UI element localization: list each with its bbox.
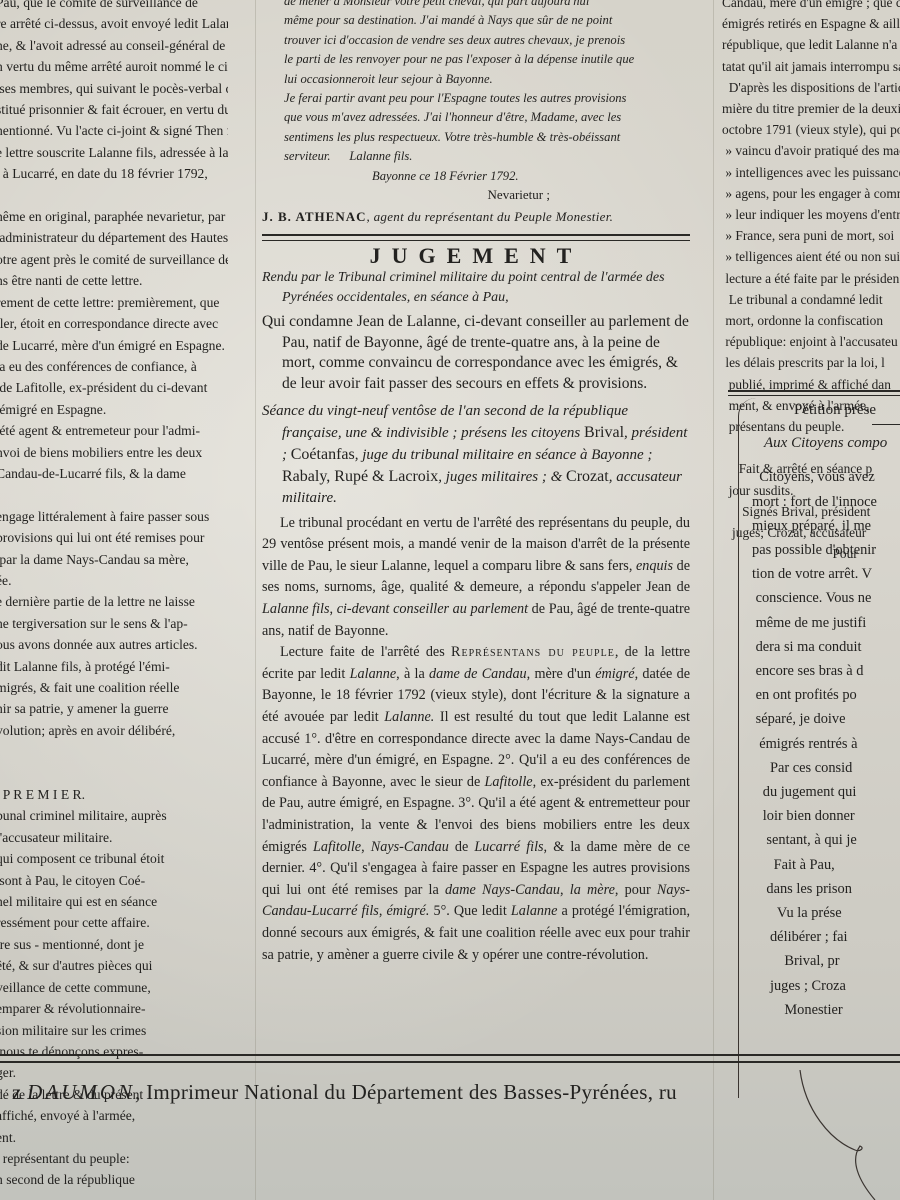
body-text: Lafitolle — [485, 774, 533, 790]
petition-line: séparé, je doive — [752, 707, 900, 731]
signature-name: J. B. ATHENAC — [262, 209, 367, 224]
agent-signature: J. B. ATHENAC, agent du représentant du … — [262, 206, 690, 228]
letter-line: le parti de les renvoyer pour ne pas l'e… — [284, 50, 690, 69]
left-column-line: l'accusateur militaire. — [0, 827, 228, 848]
petition-line: juges ; Croza — [752, 974, 900, 998]
left-column-line: émigré en Espagne. — [0, 399, 228, 420]
right-column-line: Le tribunal a condamné ledit — [722, 289, 900, 310]
imprint-prefix: z — [12, 1080, 27, 1104]
left-column-line: nvoi de biens mobiliers entre les deux — [0, 442, 228, 463]
left-column-line — [0, 484, 228, 505]
right-column-line: » agens, pour les engager à comme — [722, 183, 900, 204]
letter-line: Je ferai partir avant peu pour l'Espagne… — [284, 89, 690, 108]
body-text: dame de Candau — [429, 666, 527, 682]
body-paragraph-1: Le tribunal procédant en vertu de l'arrê… — [262, 513, 690, 643]
printer-name: DAUMON — [27, 1080, 135, 1104]
fold-line — [255, 0, 256, 1200]
right-column-line: octobre 1791 (vieux style), qui por — [722, 119, 900, 140]
right-column-line: » leur indiquer les moyens d'entr — [722, 204, 900, 225]
left-column-line: Pau, que le comité de surveillance de — [0, 0, 228, 13]
right-column-line: mort, ordonne la confiscation — [722, 310, 900, 331]
body-text: Lalanne fils — [262, 601, 330, 617]
letter-line: serviteur. Lalanne fils. — [284, 147, 690, 166]
left-column-line: tre sus - mentionné, dont je — [0, 934, 228, 955]
session-paragraph: Séance du vingt-neuf ventôse de l'an sec… — [262, 401, 690, 509]
session-text: , juges militaires ; & — [438, 469, 566, 485]
letter-excerpt: de mener à Monsieur votre petit cheval, … — [262, 0, 690, 167]
section-divider — [262, 234, 690, 241]
prosecutor-name: Crozat — [566, 468, 609, 485]
left-column-line: dit Lalanne fils, à protégé l'émi- — [0, 656, 228, 677]
left-column-line: ne tergiversation sur le sens & l'ap- — [0, 613, 228, 634]
body-paragraph-2: Lecture faite de l'arrêté des Représenta… — [262, 642, 690, 966]
petition-line: Monestier — [752, 998, 900, 1022]
petition-line: mieux préparé, il me — [752, 514, 900, 538]
left-column-line: Candau-de-Lucarré fils, & la dame — [0, 463, 228, 484]
body-text: , — [560, 882, 570, 898]
letter-line: de mener à Monsieur votre petit cheval, … — [284, 0, 690, 11]
left-column-line: ller, étoit en correspondance directe av… — [0, 313, 228, 334]
nevarietur-mark: Nevarietur ; — [262, 186, 690, 204]
left-column-line: , à Lucarré, en date du 18 février 1792, — [0, 163, 228, 184]
judgment-subtitle: Rendu par le Tribunal criminel militaire… — [262, 268, 690, 308]
section-divider — [728, 390, 900, 396]
petition-line: loir bien donner — [752, 804, 900, 828]
petition-heading: Pétition prése — [794, 398, 900, 422]
petition-line: Par ces consid — [752, 756, 900, 780]
left-column-line: sion militaire sur les crimes — [0, 1020, 228, 1041]
right-column-line: émigrés retirés en Espagne & ailleurs t — [722, 13, 900, 34]
petition-line: du jugement qui — [752, 780, 900, 804]
letter-line: que vous m'avez adressées. J'ai l'honneu… — [284, 108, 690, 127]
petition-line: délibérer ; fai — [752, 925, 900, 949]
left-column-line: otre agent près le comité de surveillanc… — [0, 249, 228, 270]
letter-line: lui occasionneroit leur sejour à Bayonne… — [284, 70, 690, 89]
left-column-line: ressément pour cette affaire. — [0, 912, 228, 933]
session-text: Séance du vingt-neuf ventôse de l'an sec… — [262, 403, 628, 441]
left-column-line — [0, 763, 228, 784]
left-column-line: administrateur du département des Hautes… — [0, 227, 228, 248]
left-column-line: n vertu du même arrêté auroit nommé le c… — [0, 56, 228, 77]
body-text: Lalanne — [350, 666, 397, 682]
left-column-line: de Lafitolle, ex-président du ci-devant — [0, 377, 228, 398]
petition-line: Vu la prése — [752, 901, 900, 925]
center-column: de mener à Monsieur votre petit cheval, … — [262, 0, 690, 966]
printer-imprint: z DAUMON, Imprimeur National du Départem… — [12, 1080, 900, 1105]
left-column-line: e lettre souscrite Lalanne fils, adressé… — [0, 142, 228, 163]
judge-name: Coétanfas — [291, 446, 355, 463]
left-column-line: nel militaire qui est en séance — [0, 891, 228, 912]
body-text: dame Nays-Candau — [445, 882, 560, 898]
right-column-line: » intelligences avec les puissances — [722, 162, 900, 183]
petition-line: conscience. Vous ne — [752, 586, 900, 610]
judge-name: Brival — [584, 424, 624, 441]
right-column-line: république, que ledit Lalanne n'a fourni — [722, 34, 900, 55]
judgment-summary: Qui condamne Jean de Lalanne, ci-devant … — [262, 312, 690, 394]
petition-section: Pétition prése Aux Citoyens compo Citoye… — [752, 398, 900, 1022]
body-text: émigré. — [386, 903, 429, 919]
body-text: émigré — [595, 666, 634, 682]
body-text: , — [361, 839, 371, 855]
session-text: , juge du tribunal militaire en séance à… — [355, 447, 653, 463]
right-column-line: les délais prescrits par la loi, l — [722, 352, 900, 373]
body-text: Lucarré fils — [474, 839, 543, 855]
petition-address: Aux Citoyens compo — [764, 431, 900, 455]
left-column-line: re arrêté ci-dessus, avoit envoyé ledit … — [0, 13, 228, 34]
right-column-line: Candau, mère d'un émigré ; que c'est l — [722, 0, 900, 13]
left-column-line: stitué prisonnier & fait écrouer, en ver… — [0, 99, 228, 120]
petition-line: encore ses bras à d — [752, 659, 900, 683]
right-column-line: mière du titre premier de la deuxième p — [722, 98, 900, 119]
body-text: ci-devant conseiller au parlement — [337, 601, 528, 617]
petition-line: mort : fort de l'innoce — [752, 490, 900, 514]
right-column-line: tatat qu'il ait jamais interrompu sa cor… — [722, 56, 900, 77]
petition-line: tion de votre arrêt. V — [752, 562, 900, 586]
left-column-line: engage littéralement à faire passer sous — [0, 506, 228, 527]
petition-line: en ont profités po — [752, 683, 900, 707]
body-text: Lalanne. — [384, 709, 434, 725]
petition-line: Brival, pr — [752, 949, 900, 973]
body-text: de — [449, 839, 475, 855]
petition-line: pas possible d'obtenir — [752, 538, 900, 562]
left-column-line: été agent & entremeteur pour l'admi- — [0, 420, 228, 441]
right-column-line: république: enjoint à l'accusateu — [722, 331, 900, 352]
body-text: Lecture faite de l'arrêté des — [280, 644, 451, 660]
letter-line: trouver ici d'occasion de vendre ses deu… — [284, 31, 690, 50]
petition-line: même de me justifi — [752, 611, 900, 635]
petition-line: dans les prison — [752, 877, 900, 901]
left-column-line: veillance de cette commune, — [0, 977, 228, 998]
petition-line: Fait à Pau, — [752, 853, 900, 877]
left-column-line: par la dame Nays-Candau sa mère, — [0, 549, 228, 570]
body-text: , pour — [615, 882, 657, 898]
petition-body: Citoyens, vous avezmort : fort de l'inno… — [752, 465, 900, 1022]
left-column-line: bunal criminel militaire, auprès — [0, 805, 228, 826]
left-column-line: êté, & sur d'autres pièces qui — [0, 955, 228, 976]
body-text: la mère — [570, 882, 615, 898]
left-column-line: ent. — [0, 1127, 228, 1148]
right-column-line: » France, sera puni de mort, soi — [722, 225, 900, 246]
body-text: 5°. Que ledit — [429, 903, 511, 919]
ink-stroke-mark — [780, 1070, 900, 1200]
right-column-line: D'après les dispositions de l'article — [722, 77, 900, 98]
judgment-body: Le tribunal procédant en vertu de l'arrê… — [262, 513, 690, 966]
left-column-line: qui composent ce tribunal étoit — [0, 848, 228, 869]
heading-rule — [872, 424, 900, 427]
imprint-text: , Imprimeur National du Département des … — [135, 1080, 677, 1104]
letter-line: sentimens les plus respectueux. Votre tr… — [284, 128, 690, 147]
left-column-line: , représentant du peuple: — [0, 1148, 228, 1169]
body-text: Nays-Candau — [371, 839, 449, 855]
left-column-line: ous avons donnée aux autres articles. — [0, 634, 228, 655]
left-column-line: rement de cette lettre: premièrement, qu… — [0, 292, 228, 313]
left-column-line: e dernière partie de la lettre ne laisse — [0, 591, 228, 612]
left-column-line: P R E M I E R. — [0, 784, 228, 805]
left-column-line: migrés, & fait une coalition réelle — [0, 677, 228, 698]
petition-line: émigrés rentrés à — [752, 732, 900, 756]
body-text: Lafitolle — [313, 839, 361, 855]
body-text: Représentans du peuple — [451, 644, 615, 660]
left-column-line: emparer & révolutionnaire- — [0, 998, 228, 1019]
footer-divider — [0, 1054, 900, 1063]
left-column-line — [0, 185, 228, 206]
left-column-line: nême en original, paraphée nevarietur, p… — [0, 206, 228, 227]
body-text: Lalanne — [511, 903, 558, 919]
body-text: , — [330, 601, 337, 617]
left-column-line: de Lucarré, mère d'un émigré en Espagne. — [0, 335, 228, 356]
body-text: enquis — [636, 558, 673, 574]
left-column-line: ne, & l'avoit adressé au conseil-général… — [0, 35, 228, 56]
right-column-line: » vaincu d'avoir pratiqué des mach — [722, 140, 900, 161]
left-column-line: ses membres, qui suivant le pocès-verbal… — [0, 78, 228, 99]
left-column-line: nir sa patrie, y amener la guerre — [0, 698, 228, 719]
right-column-line: » telligences aient été ou non sui — [722, 246, 900, 267]
letter-dateline: Bayonne ce 18 Février 1792. — [262, 167, 690, 186]
petition-line: sentant, à qui je — [752, 828, 900, 852]
left-column-line: a eu des conférences de confiance, à — [0, 356, 228, 377]
petition-line: Citoyens, vous avez — [752, 465, 900, 489]
page-title: JUGEMENT — [262, 245, 690, 267]
left-column-line — [0, 741, 228, 762]
left-column-line: provisions qui lui ont été remises pour — [0, 527, 228, 548]
right-column-line: lecture a été faite par le présiden — [722, 268, 900, 289]
left-column-line: affiché, envoyé à l'armée, — [0, 1105, 228, 1126]
body-text: Le tribunal procédant en vertu de l'arrê… — [262, 515, 690, 574]
left-column-line: volution; après en avoir délibéré, — [0, 720, 228, 741]
left-column-line: n second de la république — [0, 1169, 228, 1190]
left-column-line: sont à Pau, le citoyen Coé- — [0, 870, 228, 891]
left-column: Pau, que le comité de surveillance dere … — [0, 0, 228, 1191]
left-column-line: nentionné. Vu l'acte ci-joint & signé Th… — [0, 120, 228, 141]
signature-role: , agent du représentant du Peuple Monest… — [367, 209, 614, 224]
body-text: , à la — [396, 666, 429, 682]
left-column-line: ée. — [0, 570, 228, 591]
judge-name: Rabaly, Rupé & Lacroix — [282, 468, 438, 485]
petition-line: dera si ma conduit — [752, 635, 900, 659]
fold-line — [713, 0, 714, 1200]
left-column-line: ns être nanti de cette lettre. — [0, 270, 228, 291]
body-text: , mère d'un — [527, 666, 596, 682]
letter-line: même pour sa destination. J'ai mandé à N… — [284, 11, 690, 30]
